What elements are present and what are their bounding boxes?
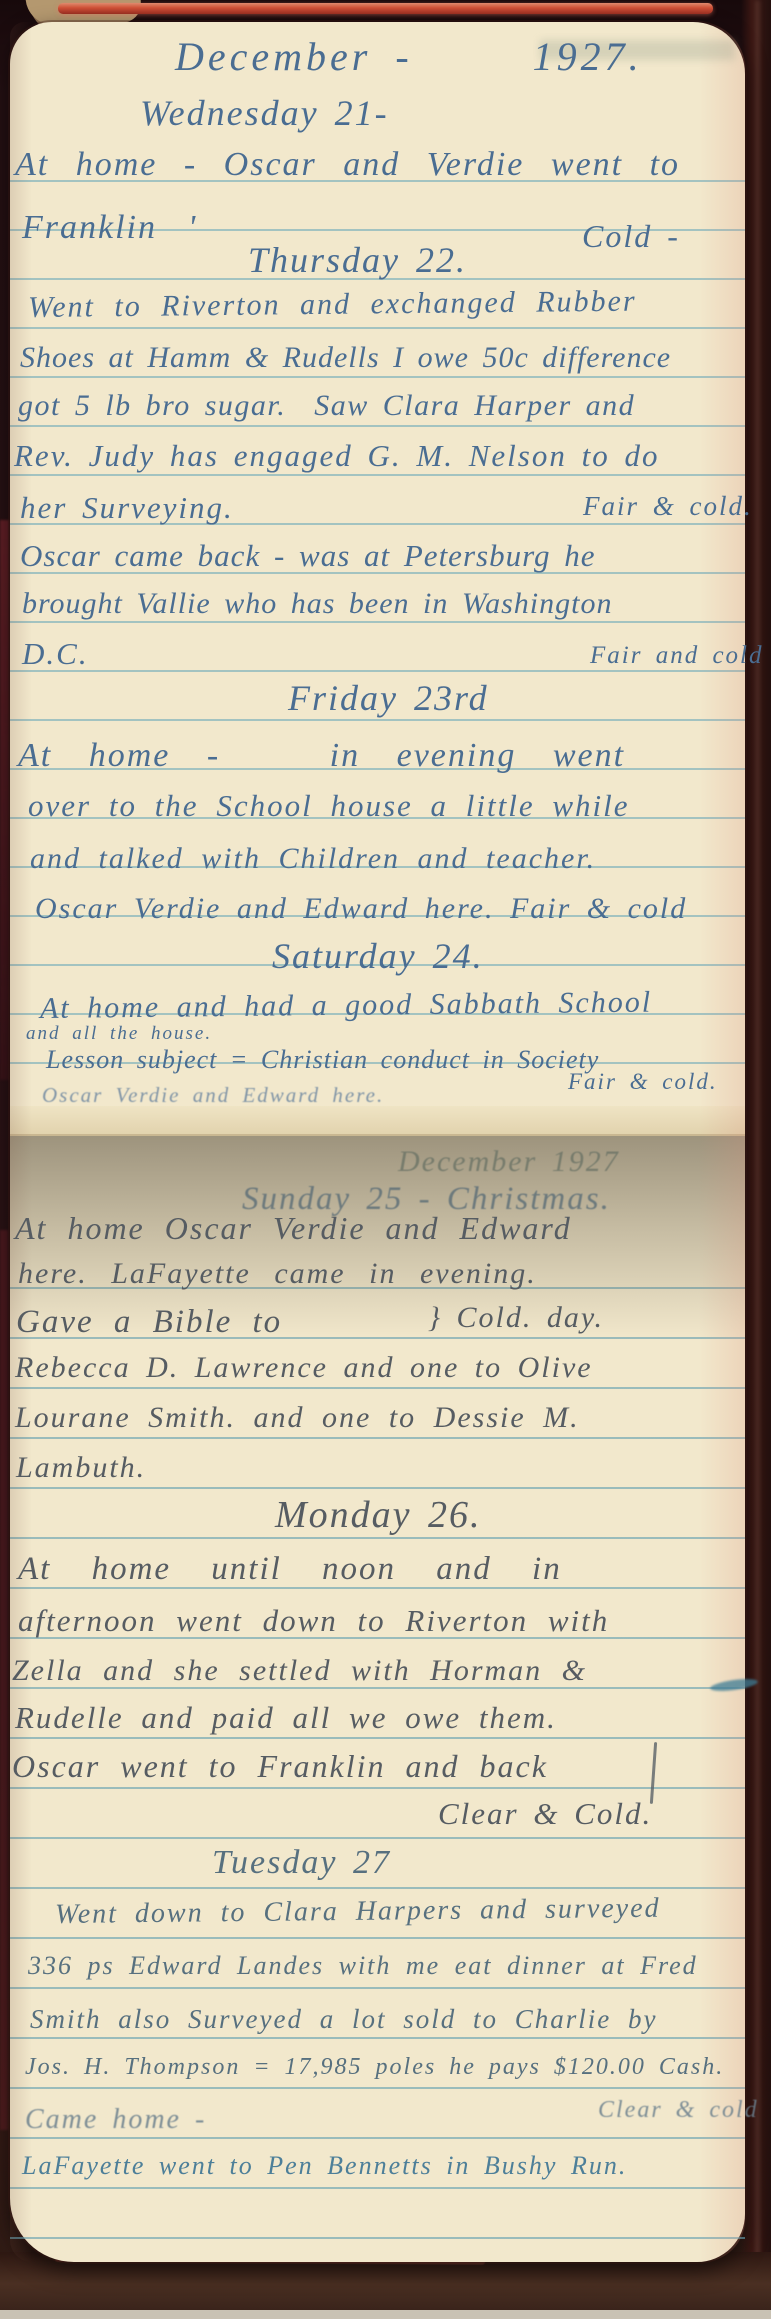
diary-line: Rudelle and paid all we owe them. [15,1702,557,1735]
cover-left-edge [0,520,9,1080]
weather-note: Clear & cold [598,2098,759,2123]
weather-note: Fair & cold. [583,492,753,520]
heading-tuesday-27: Tuesday 27 [212,1845,391,1881]
cover-left-edge [0,1230,8,2130]
diary-line: Rev. Judy has engaged G. M. Nelson to do [14,440,659,473]
diary-line: At home Oscar Verdie and Edward [15,1212,572,1246]
diary-line: At home until noon and in [18,1552,562,1587]
diary-line: Lambuth. [16,1452,146,1484]
diary-line: Came home - [25,2105,206,2134]
diary-line: her Surveying. [20,492,234,525]
diary-line: Oscar came back - was at Petersburg he [20,540,596,573]
diary-line: At home and had a good Sabbath School [40,987,652,1025]
photo-edge [0,2310,771,2319]
diary-line: Lourane Smith. and one to Dessie M. [15,1402,580,1434]
diary-line: Oscar Verdie and Edward here. [42,1084,384,1106]
diary-paper: December - 1927. Wednesday 21- At home -… [10,22,745,2262]
diary-line: At home - Oscar and Verdie went to [15,147,680,183]
weather-note: Fair and cold [590,643,764,669]
weather-note: } Cold. day. [428,1302,604,1334]
diary-line: brought Vallie who has been in Washingto… [22,588,612,620]
diary-line: Went to Riverton and exchanged Rubber [28,286,637,324]
diary-line: and all the house. [26,1024,212,1044]
heading-thursday-22: Thursday 22. [248,242,467,280]
diary-line: Zella and she settled with Horman & [12,1655,587,1687]
diary-line: Rebecca D. Lawrence and one to Olive [15,1352,593,1384]
cover-right-highlight [755,0,760,2319]
diary-line: At home - in evening went [18,738,625,774]
diary-line: LaFayette went to Pen Bennetts in Bushy … [22,2152,627,2179]
heading-wednesday-21: Wednesday 21- [140,95,389,133]
month-title-page2: December 1927 [398,1146,620,1178]
diary-line: got 5 lb bro sugar. Saw Clara Harper and [18,390,635,422]
weather-note: Clear & Cold. [438,1798,652,1831]
diary-line: Jos. H. Thompson = 17,985 poles he pays … [25,2055,724,2080]
diary-line: Shoes at Hamm & Rudells I owe 50c differ… [20,342,671,374]
diary-line: Franklin ' [22,210,197,246]
month-title-page1: December - 1927. [175,36,643,78]
diary-line: Gave a Bible to [16,1305,282,1340]
diary-line: Oscar went to Franklin and back [12,1750,548,1784]
cover-top-edge [58,3,713,14]
diary-line: afternoon went down to Riverton with [18,1605,609,1638]
heading-friday-23: Friday 23rd [288,680,489,718]
diary-line: Went down to Clara Harpers and surveyed [55,1894,661,1930]
diary-photo: December - 1927. Wednesday 21- At home -… [0,0,771,2319]
diary-line: Smith also Surveyed a lot sold to Charli… [30,2005,657,2033]
heading-monday-26: Monday 26. [275,1496,482,1536]
diary-line: Oscar Verdie and Edward here. Fair & col… [35,893,687,925]
weather-note: Cold - [582,220,680,254]
diary-line: Lesson subject = Christian conduct in So… [46,1046,599,1073]
page-fold-edge [10,1106,745,1136]
diary-line: 336 ps Edward Landes with me eat dinner … [28,1952,698,1979]
heading-saturday-24: Saturday 24. [272,938,484,976]
weather-note: Fair & cold. [568,1070,718,1094]
paper-edge-tint [699,22,745,2262]
diary-line: over to the School house a little while [28,790,630,823]
diary-line: and talked with Children and teacher. [30,843,596,875]
diary-line: here. LaFayette came in evening. [18,1258,537,1290]
diary-line: D.C. [22,638,89,671]
